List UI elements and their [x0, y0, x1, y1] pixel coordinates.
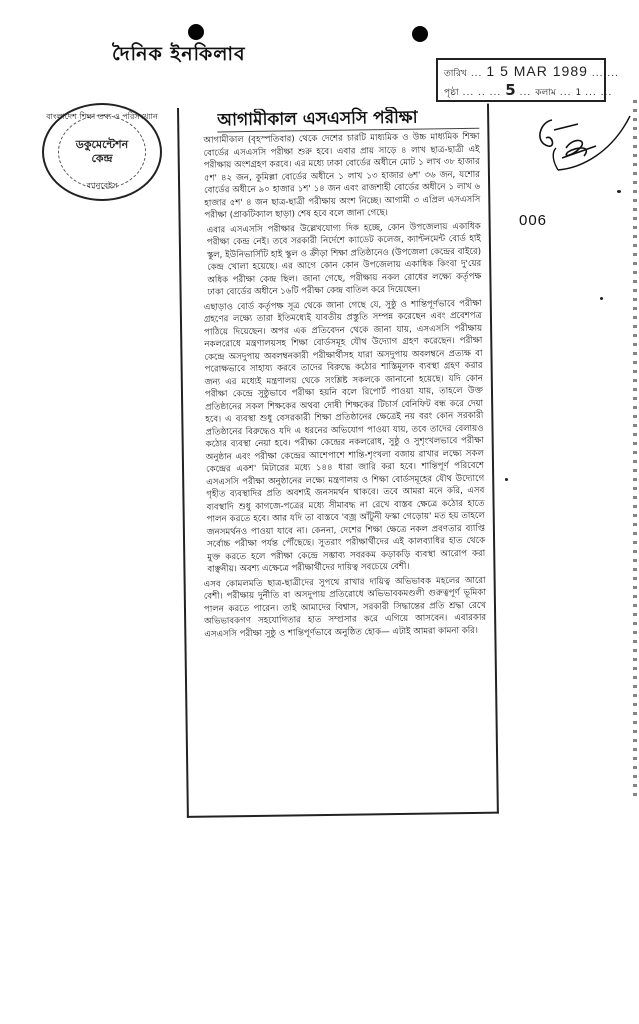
seal-line-2: কেন্দ্র: [76, 152, 128, 166]
scan-edge-artifact: [633, 100, 637, 800]
article-paragraph: এবার এসএসসি পরীক্ষার উল্লেখযোগ্য দিক হচ্…: [207, 220, 482, 299]
documentation-center-seal: বাংলাদেশ শিক্ষা তথ্য ও পরিসংখ্যান ডকুমেন…: [42, 103, 162, 201]
page-row: পৃষ্ঠা ... .. ... 5 ... কলাম ... 1 ... .…: [444, 81, 598, 99]
punch-hole: [188, 24, 204, 40]
scan-speck: [505, 478, 508, 481]
document-number: 006: [519, 212, 547, 229]
seal-ring-top: বাংলাদেশ শিক্ষা তথ্য ও পরিসংখ্যান: [44, 111, 160, 124]
date-value: 1 5 MAR 1989: [486, 63, 588, 79]
column-label: কলাম: [535, 85, 556, 100]
date-label: তারিখ: [444, 66, 467, 81]
scan-speck: [617, 190, 621, 193]
signature-icon: [522, 112, 632, 182]
seal-center: ডকুমেন্টেশন কেন্দ্র: [76, 138, 128, 167]
article-paragraph: এছাড়াও বোর্ড কর্তৃপক্ষ সূত্র থেকে জানা …: [204, 297, 486, 576]
article-paragraph: এসব কোমলমতি ছাত্র-ছাত্রীদের সুপথে রাখার …: [204, 574, 487, 640]
scanned-page: দৈনিক ইনকিলাব তারিখ ... 1 5 MAR 1989 ...…: [0, 0, 639, 1024]
article-paragraph: আগামীকাল (বৃহস্পতিবার) থেকে দেশের চারটি …: [203, 131, 480, 222]
date-row: তারিখ ... 1 5 MAR 1989 ... ...: [444, 63, 598, 81]
seal-line-1: ডকুমেন্টেশন: [76, 138, 128, 152]
page-value: 5: [505, 81, 515, 99]
date-stamp: তারিখ ... 1 5 MAR 1989 ... ... পৃষ্ঠা ..…: [436, 58, 606, 102]
column-value: 1: [575, 88, 581, 98]
newspaper-clipping: আগামীকাল এসএসসি পরীক্ষা আগামীকাল (বৃহস্প…: [177, 104, 499, 818]
newspaper-name: দৈনিক ইনকিলাব: [112, 40, 246, 72]
scan-speck: [600, 297, 603, 300]
article-headline: আগামীকাল এসএসসি পরীক্ষা: [217, 106, 479, 133]
page-label: পৃষ্ঠা: [444, 85, 459, 100]
punch-hole: [412, 26, 428, 42]
seal-ring-bottom: ব্যানবেইস: [44, 180, 160, 193]
